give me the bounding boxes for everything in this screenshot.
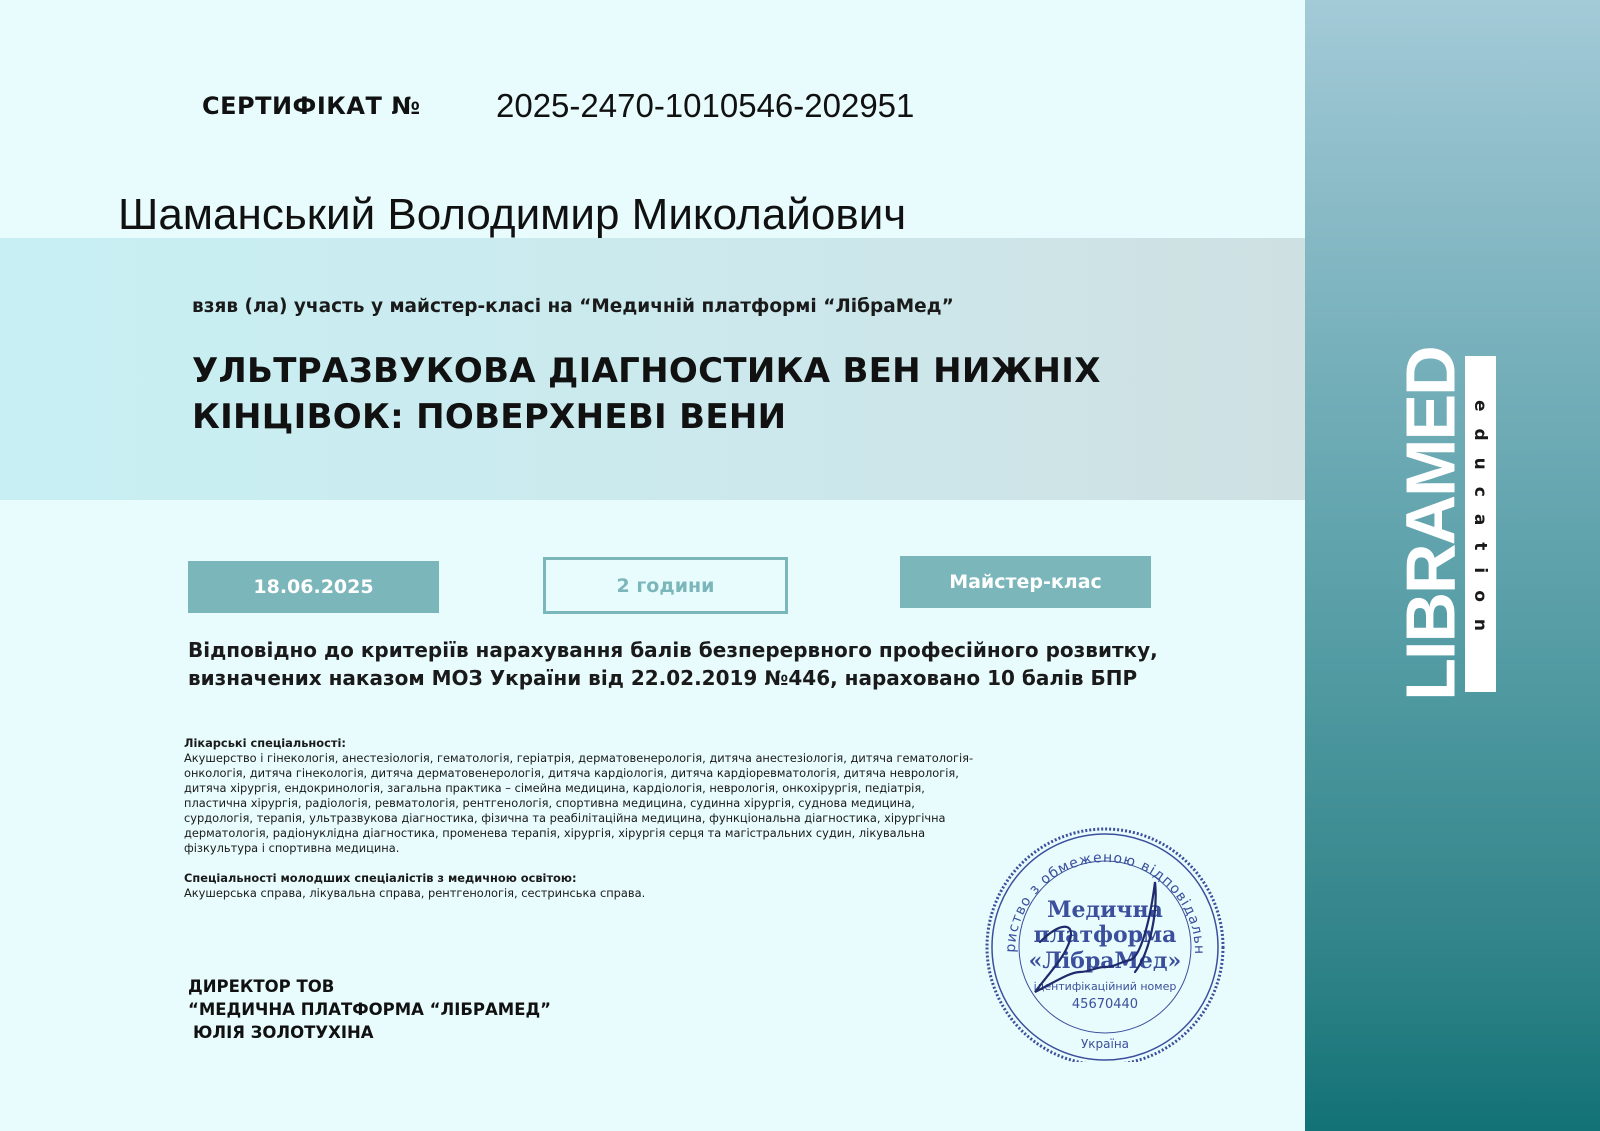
event-date-badge: 18.06.2025	[188, 561, 439, 613]
certificate-label: СЕРТИФІКАТ №	[202, 92, 421, 120]
director-company: “МЕДИЧНА ПЛАТФОРМА “ЛІБРАМЕД”	[188, 998, 551, 1021]
doctor-specialties: Лікарські спеціальності: Акушерство і гі…	[184, 736, 984, 856]
svg-text:Україна: Україна	[1081, 1037, 1129, 1051]
libramed-logo: LIBRAMED education	[1402, 356, 1502, 696]
participation-statement: взяв (ла) участь у майстер-класі на “Мед…	[192, 296, 954, 317]
svg-text:платформа: платформа	[1034, 922, 1177, 948]
event-type-badge: Майстер-клас	[900, 556, 1151, 608]
director-signature-block: ДИРЕКТОР ТОВ “МЕДИЧНА ПЛАТФОРМА “ЛІБРАМЕ…	[188, 975, 551, 1044]
junior-specialties-list: Акушерська справа, лікувальна справа, ре…	[184, 886, 645, 900]
course-title: УЛЬТРАЗВУКОВА ДІАГНОСТИКА ВЕН НИЖНІХ КІН…	[192, 348, 1202, 440]
event-duration-badge: 2 години	[543, 557, 788, 614]
recipient-name: Шаманський Володимир Миколайович	[118, 190, 906, 240]
cpd-points-statement: Відповідно до критеріїв нарахування балі…	[188, 636, 1168, 692]
junior-specialties-header: Спеціальності молодших спеціалістів з ме…	[184, 871, 984, 886]
svg-text:Медична: Медична	[1047, 897, 1163, 923]
doctor-specialties-list: Акушерство і гінекологія, анестезіологія…	[184, 751, 973, 855]
company-stamp-icon: Товариство з обмеженою відповідальністю …	[980, 822, 1230, 1062]
junior-specialties: Спеціальності молодших спеціалістів з ме…	[184, 871, 984, 901]
director-name: ЮЛІЯ ЗОЛОТУХІНА	[188, 1021, 551, 1044]
doctor-specialties-header: Лікарські спеціальності:	[184, 736, 984, 751]
director-title: ДИРЕКТОР ТОВ	[188, 975, 551, 998]
logo-tagline: education	[1465, 356, 1496, 692]
certificate-number: 2025-2470-1010546-202951	[496, 87, 914, 125]
svg-text:45670440: 45670440	[1072, 997, 1138, 1012]
logo-wordmark: LIBRAMED	[1402, 356, 1460, 692]
